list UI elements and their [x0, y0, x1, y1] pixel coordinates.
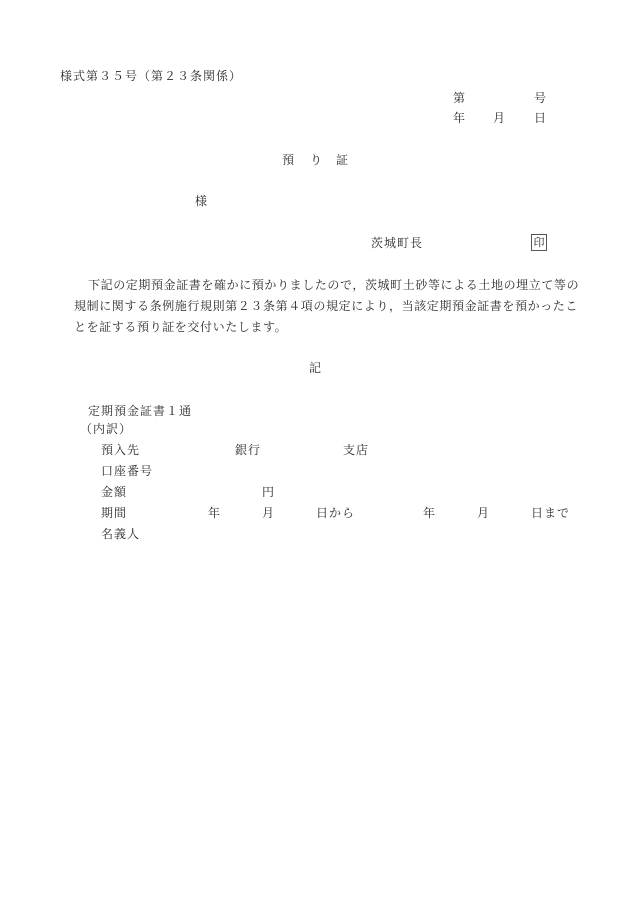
title-char-2: り [310, 153, 322, 167]
item-main: 定期預金証書１通 [88, 404, 192, 418]
holder-label: 名義人 [101, 527, 140, 541]
number-suffix: 号 [534, 91, 546, 105]
period-to-day: 日まで [531, 506, 570, 520]
item-breakdown-label: （内訳） [80, 422, 132, 436]
issuer-name: 茨城町長 [371, 236, 423, 250]
period-from-day: 日から [316, 506, 355, 520]
deposit-bank: 銀行 [235, 443, 261, 457]
title-char-3: 証 [336, 153, 348, 167]
title-char-1: 預 [282, 153, 294, 167]
addressee-honorific: 様 [195, 194, 207, 208]
period-to-year: 年 [423, 506, 435, 520]
amount-unit: 円 [262, 485, 274, 499]
date-year: 年 [453, 111, 465, 125]
body-paragraph: 下記の定期預金証書を確かに預かりましたので，茨城町土砂等による土地の埋立て等の規… [74, 275, 584, 338]
form-number: 様式第３５号（第２３条関係） [60, 69, 242, 83]
account-number-label: 口座番号 [101, 464, 153, 478]
seal-mark: 印 [531, 234, 547, 251]
deposit-branch: 支店 [343, 443, 369, 457]
period-from-month: 月 [262, 506, 274, 520]
deposit-at-label: 預入先 [101, 443, 140, 457]
record-heading: 記 [309, 361, 321, 375]
period-to-month: 月 [477, 506, 489, 520]
period-label: 期間 [101, 506, 127, 520]
number-prefix: 第 [453, 91, 465, 105]
amount-label: 金額 [101, 485, 127, 499]
date-day: 日 [534, 111, 546, 125]
date-month: 月 [493, 111, 505, 125]
period-from-year: 年 [208, 506, 220, 520]
